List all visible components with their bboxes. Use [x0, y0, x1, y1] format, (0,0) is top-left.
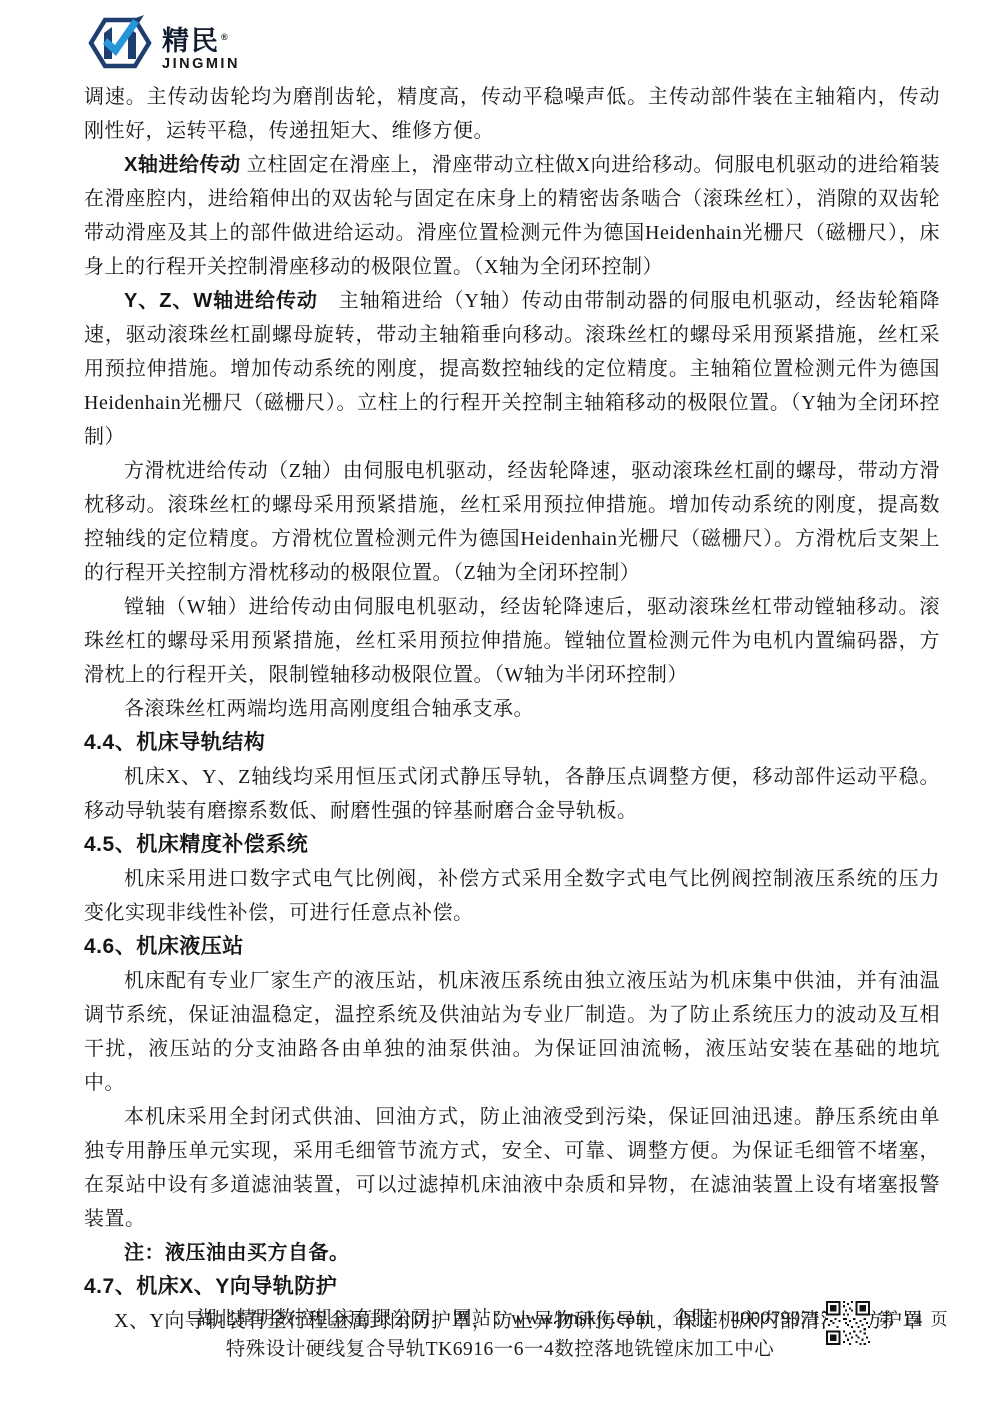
paragraph-bold-lead: Y、Z、W轴进给传动 [124, 290, 339, 312]
logo-brand-en: JINGMIN [162, 57, 240, 72]
footer-service-label: 企服： [672, 1308, 731, 1329]
page-number: 第 14 页 [878, 1305, 950, 1330]
footer-company-name: 湖北精明数控机床有限公司 [197, 1308, 431, 1329]
body-paragraph: 各滚珠丝杠两端均选用高刚度组合轴承支承。 [84, 692, 940, 726]
body-paragraph: X轴进给传动 立柱固定在滑座上，滑座带动立柱做X向进给移动。伺服电机驱动的进给箱… [84, 148, 940, 284]
logo-brand-cn: 精民® [162, 28, 240, 55]
body-paragraph: 机床X、Y、Z轴线均采用恒压式闭式静压导轨，各静压点调整方便，移动部件运动平稳。… [84, 760, 940, 828]
footer-website: 网站：www.jmskjc.com [453, 1308, 651, 1329]
body-paragraph: 调速。主传动齿轮均为磨削齿轮，精度高，传动平稳噪声低。主传动部件装在主轴箱内，传… [84, 80, 940, 148]
company-logo: 精民® JINGMIN [86, 12, 240, 74]
body-paragraph: 方滑枕进给传动（Z轴）由伺服电机驱动，经齿轮降速，驱动滚珠丝杠副的螺母，带动方滑… [84, 454, 940, 590]
body-paragraph: 镗轴（W轴）进给传动由伺服电机驱动，经齿轮降速后，驱动滚珠丝杠带动镗轴移动。滚珠… [84, 590, 940, 692]
section-heading: 4.6、机床液压站 [84, 930, 940, 964]
body-paragraph: Y、Z、W轴进给传动 主轴箱进给（Y轴）传动由带制动器的伺服电机驱动，经齿轮箱降… [84, 284, 940, 454]
logo-hexagon-m-icon [86, 12, 154, 74]
footer-website-url: www.jmskjc.com [511, 1308, 651, 1329]
document-body: 调速。主传动齿轮均为磨削齿轮，精度高，传动平稳噪声低。主传动部件装在主轴箱内，传… [84, 80, 940, 1338]
section-heading: 4.7、机床X、Y向导轨防护 [84, 1270, 940, 1304]
footer-website-label: 网站： [453, 1308, 512, 1329]
body-paragraph: 本机床采用全封闭式供油、回油方式，防止油液受到污染，保证回油迅速。静压系统由单独… [84, 1100, 940, 1236]
document-page: 精民® JINGMIN 调速。主传动齿轮均为磨削齿轮，精度高，传动平稳噪声低。主… [0, 0, 1000, 1417]
footer-service-phone: 4000799717 [731, 1308, 831, 1329]
section-heading: 4.4、机床导轨结构 [84, 726, 940, 760]
body-paragraph: 机床配有专业厂家生产的液压站，机床液压系统由独立液压站为机床集中供油，并有油温调… [84, 964, 940, 1100]
section-heading: 4.5、机床精度补偿系统 [84, 828, 940, 862]
footer-service: 企服：4000799717 [672, 1308, 831, 1329]
logo-text: 精民® JINGMIN [162, 28, 240, 72]
body-paragraph: 机床采用进口数字式电气比例阀，补偿方式采用全数字式电气比例阀控制液压系统的压力变… [84, 862, 940, 930]
footer-product-title: 特殊设计硬线复合导轨TK6916一6一4数控落地铣镗床加工中心 [0, 1333, 1000, 1361]
note-line: 注：液压油由买方自备。 [84, 1236, 940, 1270]
paragraph-bold-lead: X轴进给传动 [124, 154, 247, 176]
registered-trademark-mark: ® [221, 32, 228, 42]
logo-brand-cn-text: 精民 [162, 26, 220, 56]
